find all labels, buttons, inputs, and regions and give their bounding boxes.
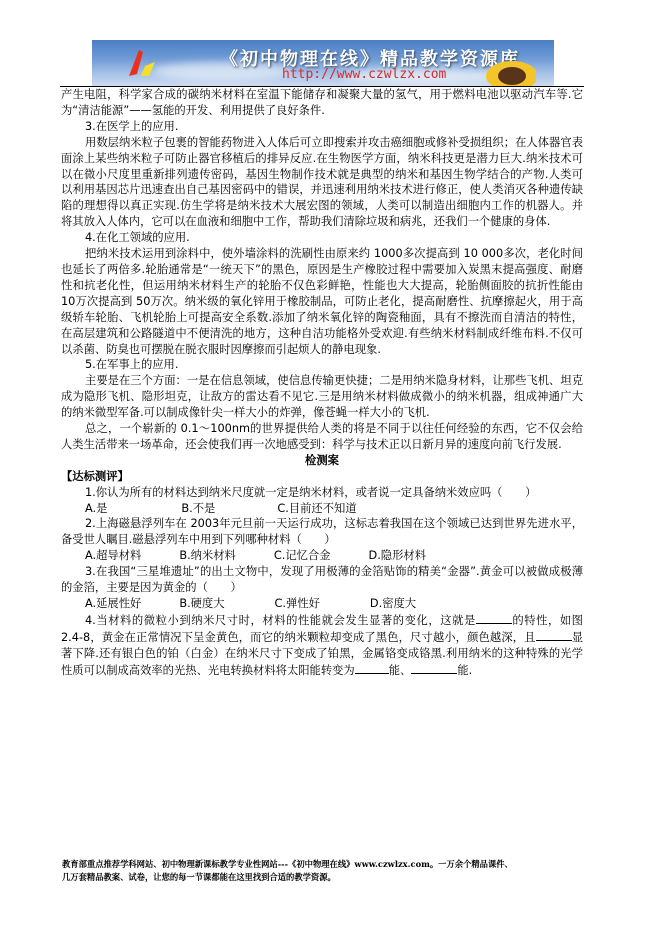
footer-line-1: 教育部重点推荐学科网站、初中物理新课标教学专业性网站---《初中物理在线》www… [62, 858, 582, 871]
option-d: D.密度大 [370, 597, 416, 610]
document-body: 产生电阻，科学家合成的碳纳米材料在室温下能储存和凝聚大量的氢气，用于燃料电池以驱… [61, 87, 583, 679]
option-c: C.弹性好 [275, 597, 320, 610]
question-2-options: A.超导材料B.纳米材料C.记忆合金D.隐形材料 [61, 548, 583, 564]
option-a: A.超导材料 [85, 549, 141, 562]
answer-blank-1[interactable] [476, 612, 512, 624]
option-a: A.是 [85, 502, 107, 515]
question-3-stem: 3.在我国“三星堆遗址”的出土文物中，发现了用极薄的金箔贴饰的精美“金器”.黄金… [61, 564, 583, 596]
section-heading-chemical: 4.在化工领域的应用. [61, 230, 583, 246]
answer-blank-3[interactable] [355, 662, 389, 674]
banner-url: http://www.czwlzx.com [282, 67, 446, 82]
option-c: C.目前还不知道 [277, 502, 356, 515]
paragraph: 主要是在三个方面：一是在信息领域，使信息传输更快捷；二是用纳米隐身材料，让那些飞… [61, 373, 583, 421]
footer-line-2: 几万套精品教案、试卷，让您的每一节课都能在这里找到合适的教学资源。 [62, 871, 582, 884]
paragraph: 用数层纳米粒子包裹的智能药物进入人体后可立即搜索并攻击癌细胞或修补受损组织；在人… [61, 135, 583, 230]
option-b: B.不是 [181, 502, 215, 515]
subsection-title: 【达标测评】 [61, 469, 583, 485]
sunflower-icon [484, 54, 536, 86]
question-4-stem: 4.当材料的微粒小到纳米尺寸时，材料的性能就会发生显著的变化，这就是的特性，如图… [61, 612, 583, 679]
option-d: D.隐形材料 [369, 549, 426, 562]
option-a: A.延展性好 [85, 597, 141, 610]
paragraph: 把纳米技术运用到涂料中，使外墙涂料的洗刷性由原来约 1000多次提高到 10 0… [61, 246, 583, 357]
paragraph: 产生电阻，科学家合成的碳纳米材料在室温下能储存和凝聚大量的氢气，用于燃料电池以驱… [61, 87, 583, 119]
option-c: C.记忆合金 [274, 549, 331, 562]
section-heading-medicine: 3.在医学上的应用. [61, 119, 583, 135]
paragraph: 总之，一个崭新的 0.1～100nm的世界提供给人类的将是不同于以往任何经验的东… [61, 421, 583, 453]
question-2-stem: 2.上海磁悬浮列车在 2003年元旦前一天运行成功，这标志着我国在这个领域已达到… [61, 516, 583, 548]
section-heading-military: 5.在军事上的应用. [61, 357, 583, 373]
question-3-options: A.延展性好B.硬度大C.弹性好D.密度大 [61, 596, 583, 612]
answer-blank-2[interactable] [536, 629, 572, 641]
option-b: B.纳米材料 [179, 549, 236, 562]
site-logo-icon [125, 48, 165, 80]
question-1-options: A.是B.不是C.目前还不知道 [61, 501, 583, 517]
site-banner: 《初中物理在线》精品教学资源库 http://www.czwlzx.com [92, 40, 554, 86]
answer-blank-4[interactable] [411, 662, 457, 674]
page-footer: 教育部重点推荐学科网站、初中物理新课标教学专业性网站---《初中物理在线》www… [62, 858, 582, 884]
option-b: B.硬度大 [179, 597, 224, 610]
question-1-stem: 1.你认为所有的材料达到纳米尺度就一定是纳米材料，或者说一定具备纳米效应吗（ ） [61, 485, 583, 501]
section-title: 检测案 [61, 453, 583, 469]
